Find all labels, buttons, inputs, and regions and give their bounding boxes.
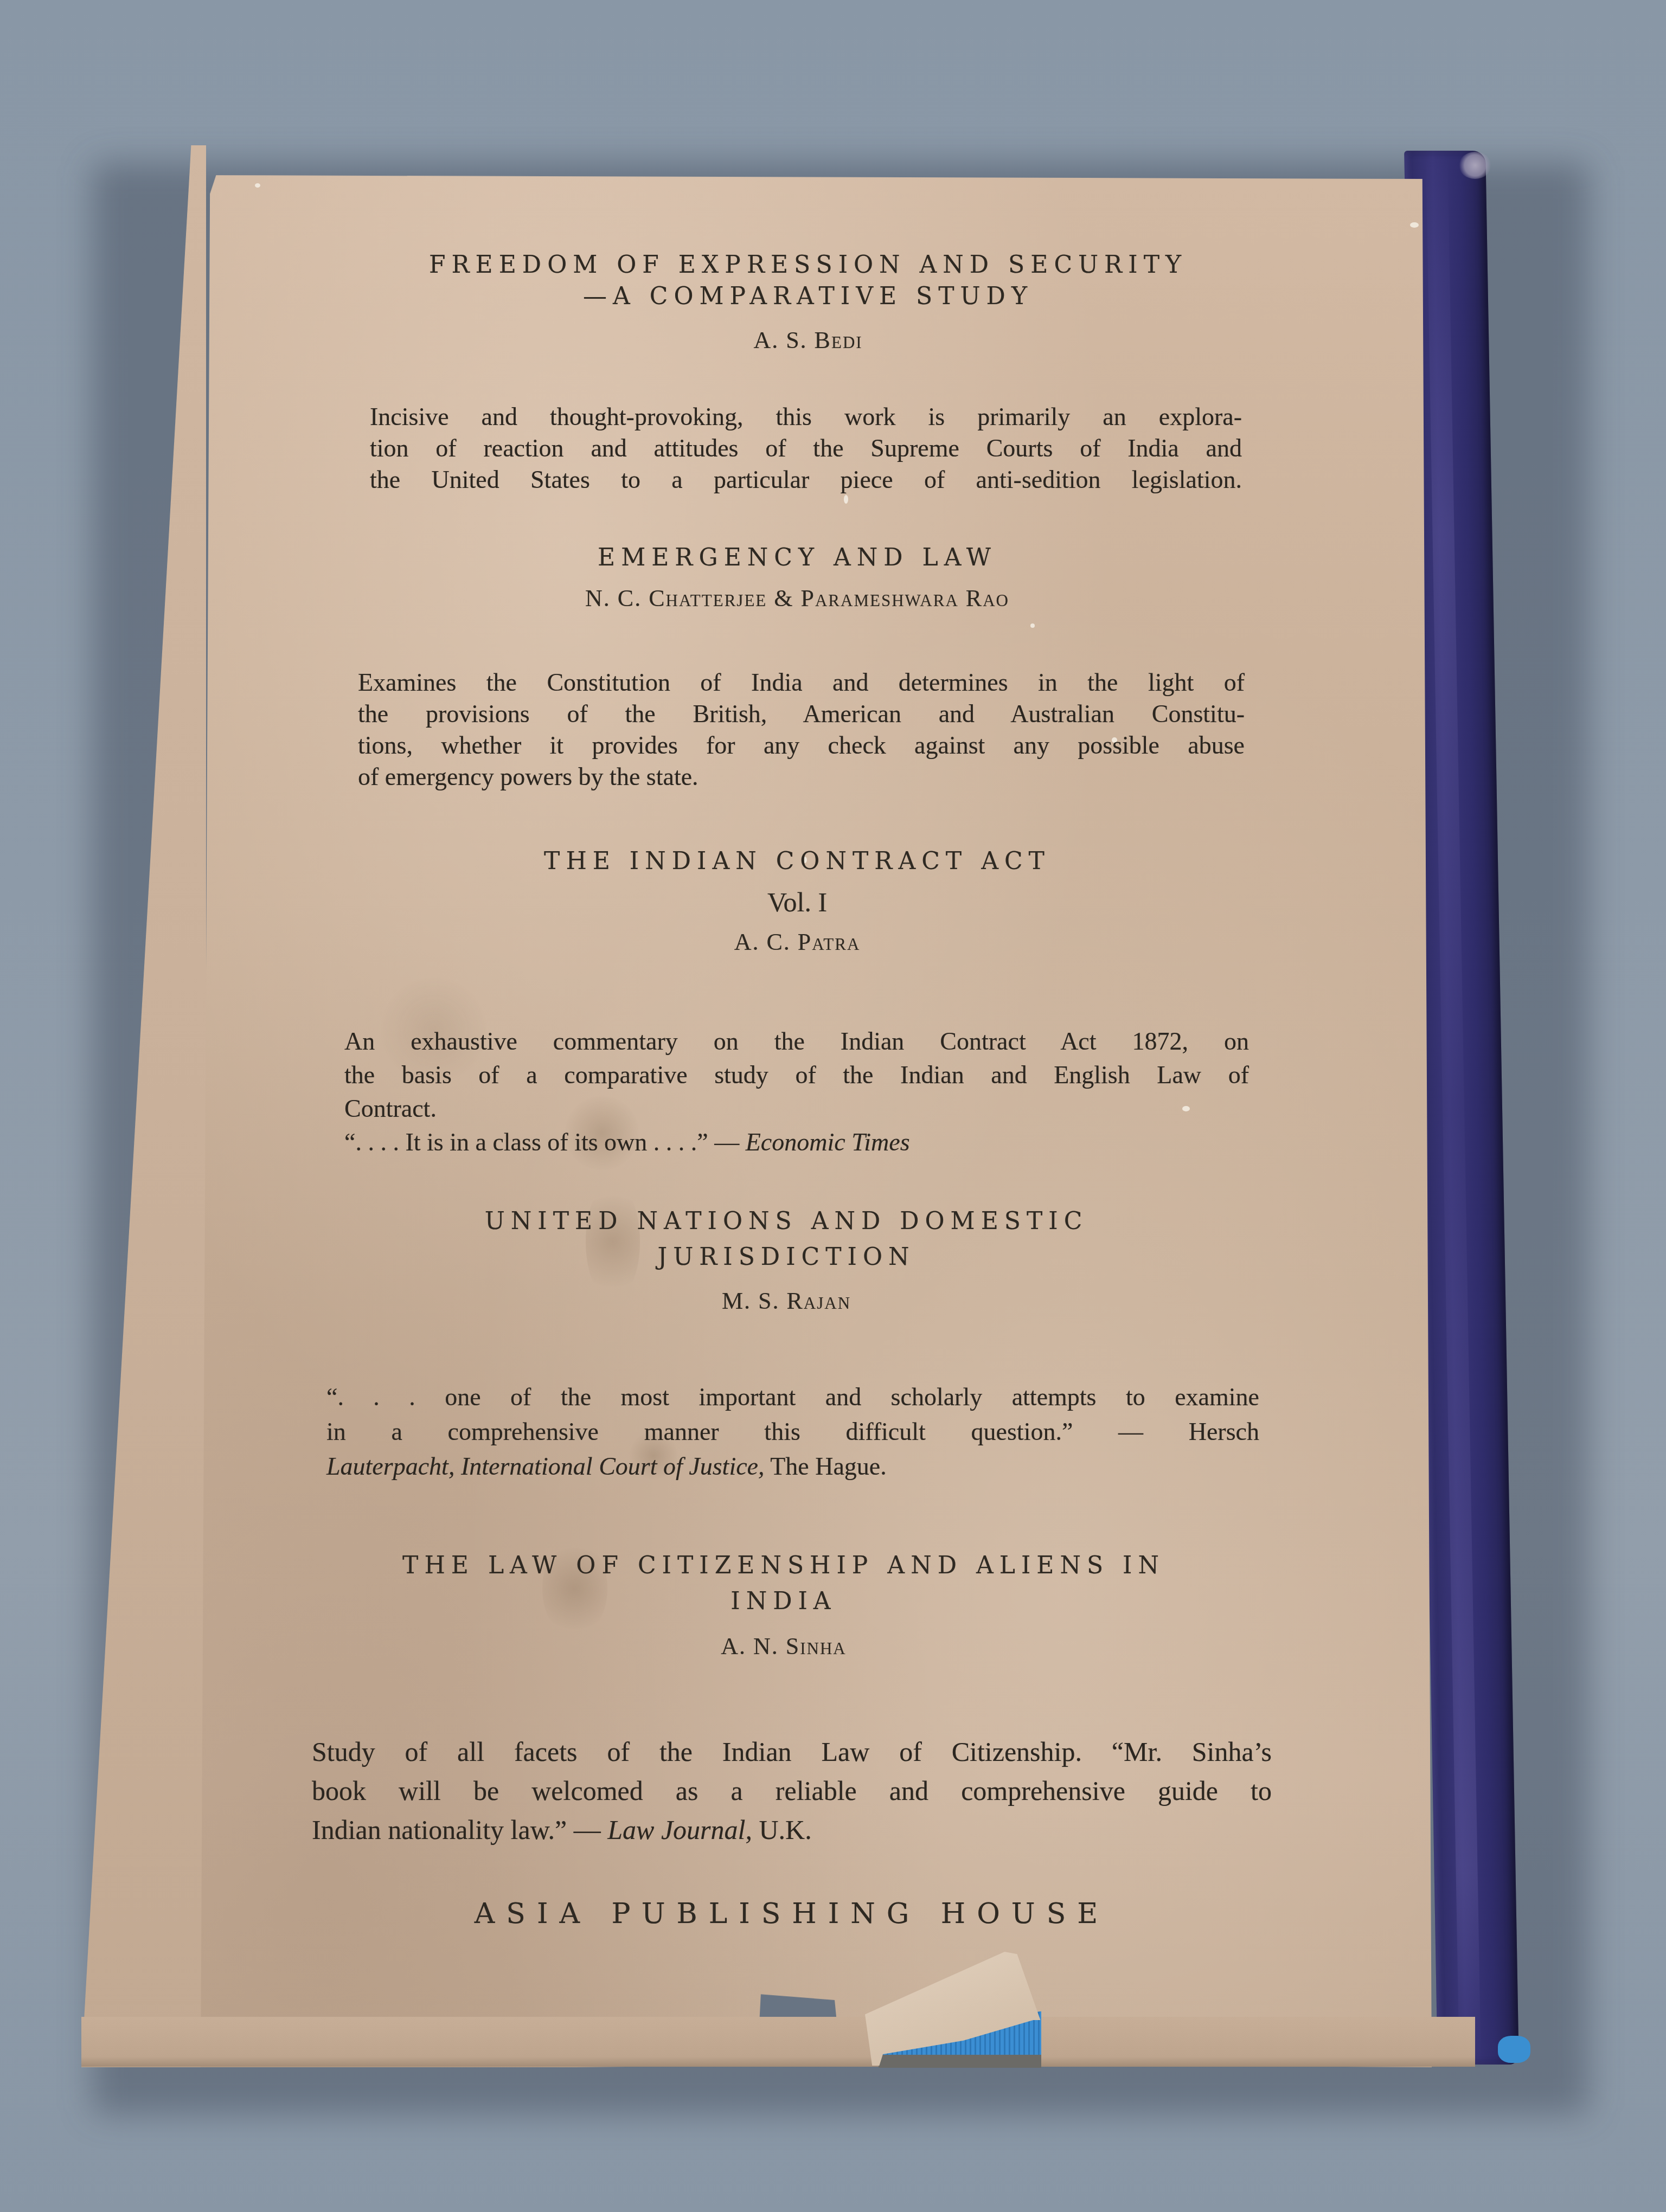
exposed-board-corner (1498, 2036, 1530, 2063)
description-line: Incisive and thought-provoking, this wor… (370, 401, 1242, 433)
paper-speck (255, 183, 260, 188)
description-line: “. . . one of the most important and sch… (326, 1380, 1259, 1414)
book-title-line: THE INDIAN CONTRACT ACT (315, 846, 1280, 877)
review-quote: “. . . . It is in a class of its own . .… (344, 1126, 1249, 1159)
book-title: THE INDIAN CONTRACT ACT (315, 846, 1280, 877)
description-line: in a comprehensive manner this difficult… (326, 1414, 1259, 1449)
book-entry: THE LAW OF CITIZENSHIP AND ALIENS IN IND… (287, 1548, 1280, 1660)
description-line: Contract. (344, 1092, 1249, 1126)
description-line: book will be welcomed as a reliable and … (312, 1771, 1272, 1810)
quote-text: Indian nationality law.” — (312, 1815, 607, 1845)
book-description: “. . . one of the most important and sch… (326, 1380, 1259, 1484)
book-description: Incisive and thought-provoking, this wor… (370, 401, 1242, 496)
description-line: of emergency powers by the state. (358, 761, 1245, 793)
quote-source: Law Journal, (607, 1815, 752, 1845)
description-line: the basis of a comparative study of the … (344, 1058, 1249, 1092)
review-quote-attribution: Lauterpacht, International Court of Just… (326, 1449, 1259, 1484)
book-title-line: FREEDOM OF EXPRESSION AND SECURITY (325, 249, 1291, 281)
quote-source: Lauterpacht, International Court of Just… (326, 1452, 765, 1480)
book-author: A. C. Patra (315, 928, 1280, 956)
book-entry: THE INDIAN CONTRACT ACT Vol. I A. C. Pat… (315, 846, 1280, 956)
book-title-line: —A COMPARATIVE STUDY (325, 281, 1291, 312)
quote-location: The Hague. (765, 1452, 887, 1480)
book-author: M. S. Rajan (304, 1287, 1269, 1315)
quote-text: “. . . . It is in a class of its own . .… (344, 1128, 746, 1156)
book-volume: Vol. I (315, 886, 1280, 918)
book-title-line: UNITED NATIONS AND DOMESTIC (304, 1204, 1269, 1239)
book-author: A. N. Sinha (287, 1632, 1280, 1660)
description-line: the United States to a particular piece … (370, 464, 1242, 496)
dust-jacket-bottom-fold-right (1041, 2017, 1475, 2067)
quote-location: U.K. (752, 1815, 812, 1845)
book-title: EMERGENCY AND LAW (315, 542, 1280, 574)
book-description: An exhaustive commentary on the Indian C… (344, 1025, 1249, 1159)
book-entry: EMERGENCY AND LAW N. C. Chatterjee & Par… (315, 542, 1280, 612)
paper-speck (844, 495, 848, 504)
book-entry: FREEDOM OF EXPRESSION AND SECURITY —A CO… (325, 249, 1291, 354)
description-line: the provisions of the British, American … (358, 698, 1245, 730)
book-entry: UNITED NATIONS AND DOMESTIC JURISDICTION… (304, 1204, 1269, 1315)
book-author: N. C. Chatterjee & Parameshwara Rao (315, 584, 1280, 612)
description-line: tions, whether it provides for any check… (358, 730, 1245, 761)
book-title-line: JURISDICTION (304, 1239, 1269, 1275)
tear-shadow (879, 2055, 1041, 2068)
book-author: A. S. Bedi (325, 326, 1291, 354)
book-title-line: EMERGENCY AND LAW (315, 542, 1280, 574)
quote-source: Economic Times (746, 1128, 910, 1156)
book-title: UNITED NATIONS AND DOMESTIC JURISDICTION (304, 1204, 1269, 1275)
description-line: An exhaustive commentary on the Indian C… (344, 1025, 1249, 1058)
book-title-line: INDIA (287, 1584, 1280, 1619)
publisher-imprint: ASIA PUBLISHING HOUSE (309, 1898, 1274, 1930)
paper-speck (1410, 222, 1419, 228)
book-description: Examines the Constitution of India and d… (358, 667, 1245, 793)
review-quote-attribution: Indian nationality law.” — Law Journal, … (312, 1810, 1272, 1849)
book-title-line: THE LAW OF CITIZENSHIP AND ALIENS IN (287, 1548, 1280, 1584)
book-description: Study of all facets of the Indian Law of… (312, 1732, 1272, 1849)
book-title: FREEDOM OF EXPRESSION AND SECURITY —A CO… (325, 249, 1291, 312)
description-line: Examines the Constitution of India and d… (358, 667, 1245, 698)
description-line: tion of reaction and attitudes of the Su… (370, 433, 1242, 464)
description-line: Study of all facets of the Indian Law of… (312, 1732, 1272, 1771)
paper-speck (1030, 623, 1035, 628)
spine-wear-mark (1459, 152, 1491, 179)
book-title: THE LAW OF CITIZENSHIP AND ALIENS IN IND… (287, 1548, 1280, 1619)
